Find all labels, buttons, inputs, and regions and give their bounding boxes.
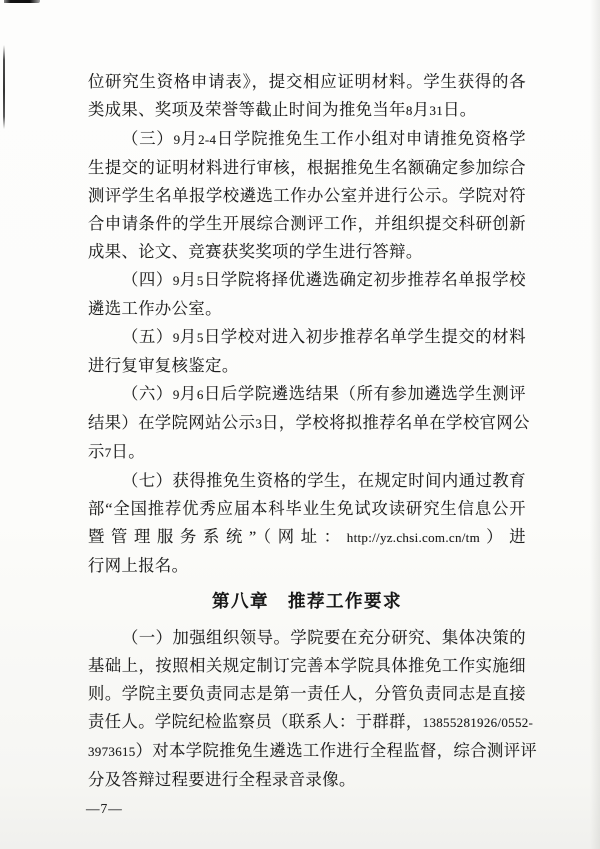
text-line: 行网上报名。 [88, 552, 526, 580]
section-heading: 第八章 推荐工作要求 [88, 586, 526, 616]
text-line: 则。学院主要负责同志是第一责任人，分管负责同志是直接 [88, 680, 526, 708]
text-line: （一）加强组织领导。学院要在充分研究、集体决策的 [88, 624, 526, 652]
text-line: 合申请条件的学生开展综合测评工作，并组织提交科研创新 [88, 210, 526, 238]
scan-artifact-top-bar [4, 0, 40, 3]
text-line: 部“全国推荐优秀应届本科毕业生免试攻读研究生信息公开 [88, 495, 526, 523]
text-line: 成果、论文、竞赛获奖奖项的学生进行答辩。 [88, 238, 526, 266]
text-line: （七）获得推免生资格的学生，在规定时间内通过教育 [88, 467, 526, 495]
text-line: 示7日。 [88, 438, 526, 467]
text-line: 位研究生资格申请表》，提交相应证明材料。学生获得的各 [88, 68, 526, 96]
scan-artifact-right-shade [590, 0, 600, 849]
scanned-document-page: 位研究生资格申请表》，提交相应证明材料。学生获得的各类成果、奖项及荣誉等截止时间… [0, 0, 600, 849]
text-line: 进行复审复核鉴定。 [88, 352, 526, 380]
scan-artifact-left-line [3, 45, 5, 129]
text-line: 基础上，按照相关规定制订完善本学院具体推免工作实施细 [88, 652, 526, 680]
text-line: 生提交的证明材料进行审核，根据推免生名额确定参加综合 [88, 154, 526, 182]
text-line: 测评学生名单报学校遴选工作办公室并进行公示。学院对符 [88, 182, 526, 210]
text-line: （五）9月5日学校对进入初步推荐名单学生提交的材料 [88, 323, 526, 352]
document-body: 位研究生资格申请表》，提交相应证明材料。学生获得的各类成果、奖项及荣誉等截止时间… [88, 68, 526, 794]
text-line: （四）9月5日学院将择优遴选确定初步推荐名单报学校 [88, 266, 526, 295]
page-number: —7— [86, 801, 123, 817]
text-line: 遴选工作办公室。 [88, 295, 526, 323]
text-line: （六）9月6日后学院遴选结果（所有参加遴选学生测评 [88, 380, 526, 409]
text-line: 分及答辩过程要进行全程录音录像。 [88, 766, 526, 794]
text-line: 暨管理服务系统”（网址：http://yz.chsi.com.cn/tm）进 [88, 523, 526, 552]
text-line: 类成果、奖项及荣誉等截止时间为推免当年8月31日。 [88, 96, 526, 125]
text-line: 结果）在学院网站公示3日，学校将拟推荐名单在学校官网公 [88, 409, 526, 438]
text-line: 责任人。学院纪检监察员（联系人：于群群，13855281926/0552- [88, 708, 526, 737]
text-line: （三）9月2-4日学院推免生工作小组对申请推免资格学 [88, 125, 526, 154]
text-line: 3973615）对本学院推免生遴选工作进行全程监督，综合测评评 [88, 737, 526, 766]
